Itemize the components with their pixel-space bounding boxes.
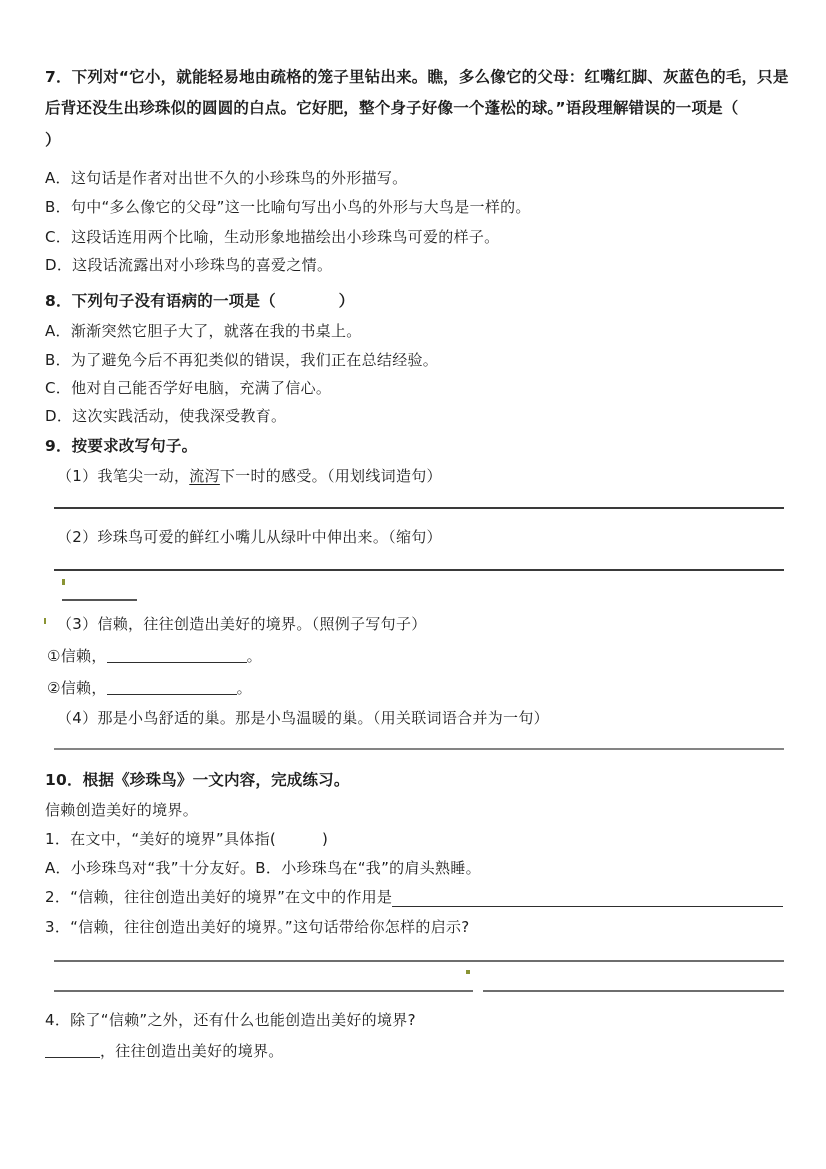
q10-stem: 10．根据《珍珠鸟》一文内容，完成练习。 (45, 770, 350, 790)
answer-blank-1 (107, 648, 247, 663)
answer-rule-1 (54, 507, 784, 509)
q7-stem-line2: 后背还没生出珍珠似的圆圆的白点。它好肥，整个身子好像一个蓬松的球。”语段理解错误… (45, 98, 738, 118)
q9-item2: （2）珍珠鸟可爱的鲜红小嘴儿从绿叶中伸出来。（缩句） (57, 527, 442, 547)
q10-sub4-answer-suffix: ，往往创造出美好的境界。 (100, 1042, 284, 1060)
q10-sub2: 2．“信赖，往往创造出美好的境界”在文中的作用是 (45, 887, 783, 907)
answer-rule-4-right (483, 990, 784, 992)
q8-option-d: D．这次实践活动，使我深受教育。 (45, 406, 286, 426)
q10-intro: 信赖创造美好的境界。 (45, 800, 198, 820)
q10-sub4: 4．除了“信赖”之外，还有什么也能创造出美好的境界? (45, 1010, 416, 1030)
answer-blank-2 (107, 680, 237, 695)
q7-option-d: D．这段话流露出对小珍珠鸟的喜爱之情。 (45, 255, 332, 275)
q7-option-b: B．句中“多么像它的父母”这一比喻句写出小鸟的外形与大鸟是一样的。 (45, 197, 531, 217)
answer-rule-4-left (54, 990, 473, 992)
answer-blank-3 (392, 891, 783, 907)
stray-mark-3 (466, 970, 470, 974)
answer-rule-2 (54, 569, 784, 571)
q8-stem: 8．下列句子没有语病的一项是（ ） (45, 291, 354, 311)
q10-sub2-prefix: 2．“信赖，往往创造出美好的境界”在文中的作用是 (45, 887, 392, 907)
stray-mark-1 (62, 579, 65, 585)
q9-item3: （3）信赖，往往创造出美好的境界。（照例子写句子） (57, 614, 427, 634)
q9-item1-suffix: 下一时的感受。（用划线词造句） (220, 467, 442, 485)
q9-item1-prefix: （1）我笔尖一动， (57, 467, 189, 485)
q9-stem: 9．按要求改写句子。 (45, 436, 197, 456)
q9-sub2: ②信赖，。 (47, 678, 252, 698)
q7-option-c: C．这段话连用两个比喻，生动形象地描绘出小珍珠鸟可爱的样子。 (45, 227, 499, 247)
answer-rule-3 (54, 960, 784, 962)
q9-sub1-prefix: ①信赖， (47, 647, 107, 665)
q9-sub1-suffix: 。 (247, 647, 262, 665)
answer-blank-4 (45, 1043, 100, 1058)
q9-sub2-prefix: ②信赖， (47, 679, 107, 697)
q9-item4: （4）那是小鸟舒适的巢。那是小鸟温暖的巢。（用关联词语合并为一句） (57, 708, 549, 728)
q9-sub1: ①信赖，。 (47, 646, 262, 666)
q7-stem-line1: 7．下列对“它小，就能轻易地由疏格的笼子里钻出来。瞧，多么像它的父母：红嘴红脚、… (45, 67, 789, 87)
short-answer-rule (62, 599, 137, 601)
q8-option-b: B．为了避免今后不再犯类似的错误，我们正在总结经验。 (45, 350, 438, 370)
q10-sub3: 3．“信赖，往往创造出美好的境界。”这句话带给你怎样的启示? (45, 917, 470, 937)
section-separator (54, 748, 784, 750)
q9-sub2-suffix: 。 (237, 679, 252, 697)
stray-mark-2 (44, 618, 46, 624)
q10-sub1-options: A．小珍珠鸟对“我”十分友好。B．小珍珠鸟在“我”的肩头熟睡。 (45, 858, 481, 878)
q8-option-a: A．渐渐突然它胆子大了，就落在我的书桌上。 (45, 321, 362, 341)
q9-item1: （1）我笔尖一动，流泻下一时的感受。（用划线词造句） (57, 466, 442, 486)
q10-sub1: 1．在文中，“美好的境界”具体指( ) (45, 829, 328, 849)
q9-item1-underlined-word: 流泻 (189, 467, 220, 485)
q8-option-c: C．他对自己能否学好电脑，充满了信心。 (45, 378, 331, 398)
q7-option-a: A．这句话是作者对出世不久的小珍珠鸟的外形描写。 (45, 168, 407, 188)
worksheet-page: 7．下列对“它小，就能轻易地由疏格的笼子里钻出来。瞧，多么像它的父母：红嘴红脚、… (0, 0, 826, 1169)
q10-sub4-answer: ，往往创造出美好的境界。 (45, 1041, 284, 1061)
q7-stem-line3: ） (45, 130, 61, 150)
